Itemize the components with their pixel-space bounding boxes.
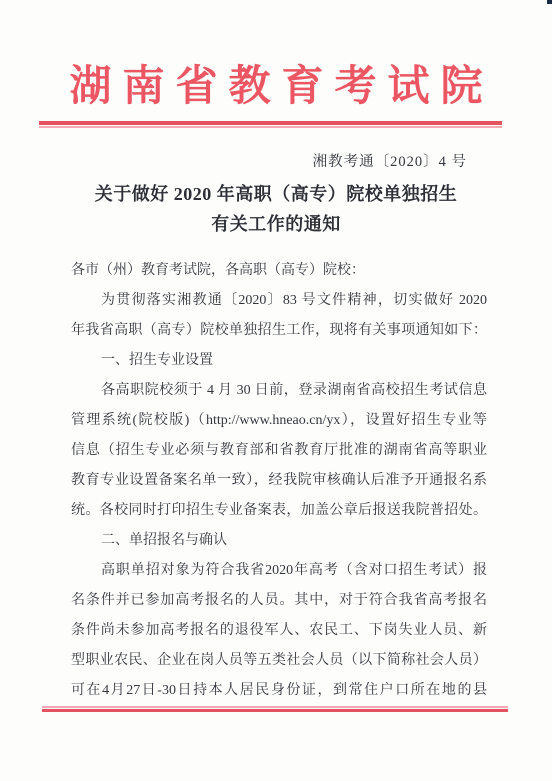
body-line-8: 教育专业设置备案名单一致），经我院审核确认后准予开通报名系: [71, 466, 487, 496]
body-line-15: 可在4月27日-30日持本人居民身份证，到常住户口所在地的县: [71, 676, 487, 706]
body-line-6: 管理系统(院校版)（http://www.hneao.cn/yx），设置好招生专…: [71, 406, 487, 436]
masthead-rule: [39, 121, 502, 128]
footer-rule: [42, 706, 508, 712]
doc-number: 湘教考通〔2020〕4 号: [0, 152, 467, 172]
doc-title-line-2: 有关工作的通知: [0, 209, 552, 239]
body-line-11: 高职单招对象为符合我省2020年高考（含对口招生考试）报: [71, 556, 487, 586]
footer-rule-thick-line: [42, 709, 508, 712]
body-line-9: 统。各校同时打印招生专业备案表，加盖公章后报送我院普招处。: [71, 496, 487, 526]
scan-artifact-corner-mark: [547, 0, 552, 4]
body-line-1: 各市（州）教育考试院，各高职（高专）院校：: [71, 256, 487, 286]
body-line-2: 为贯彻落实湘教通〔2020〕83 号文件精神，切实做好 2020: [71, 286, 487, 316]
scanned-document-page: 湖南省教育考试院 湘教考通〔2020〕4 号 关于做好 2020 年高职（高专）…: [0, 0, 552, 781]
body-line-7: 信息（招生专业必须与教育部和省教育厅批准的湖南省高等职业: [71, 436, 487, 466]
body-line-4: 一、招生专业设置: [71, 346, 487, 376]
body-line-14: 型职业农民、企业在岗人员等五类社会人员（以下简称社会人员）: [71, 646, 487, 676]
body-line-10: 二、单招报名与确认: [71, 526, 487, 556]
doc-title-line-1: 关于做好 2020 年高职（高专）院校单独招生: [0, 179, 552, 209]
doc-body: 各市（州）教育考试院，各高职（高专）院校：为贯彻落实湘教通〔2020〕83 号文…: [71, 256, 487, 706]
body-line-3: 年我省高职（高专）院校单独招生工作，现将有关事项通知如下：: [71, 316, 487, 346]
body-line-12: 名条件并已参加高考报名的人员。其中，对于符合我省高考报名: [71, 586, 487, 616]
agency-masthead: 湖南省教育考试院: [0, 63, 552, 111]
masthead-rule-thin-line: [39, 126, 502, 128]
doc-title: 关于做好 2020 年高职（高专）院校单独招生 有关工作的通知: [0, 179, 552, 239]
body-line-13: 条件尚未参加高考报名的退役军人、农民工、下岗失业人员、新: [71, 616, 487, 646]
body-line-5: 各高职院校须于 4 月 30 日前，登录湖南省高校招生考试信息: [71, 376, 487, 406]
